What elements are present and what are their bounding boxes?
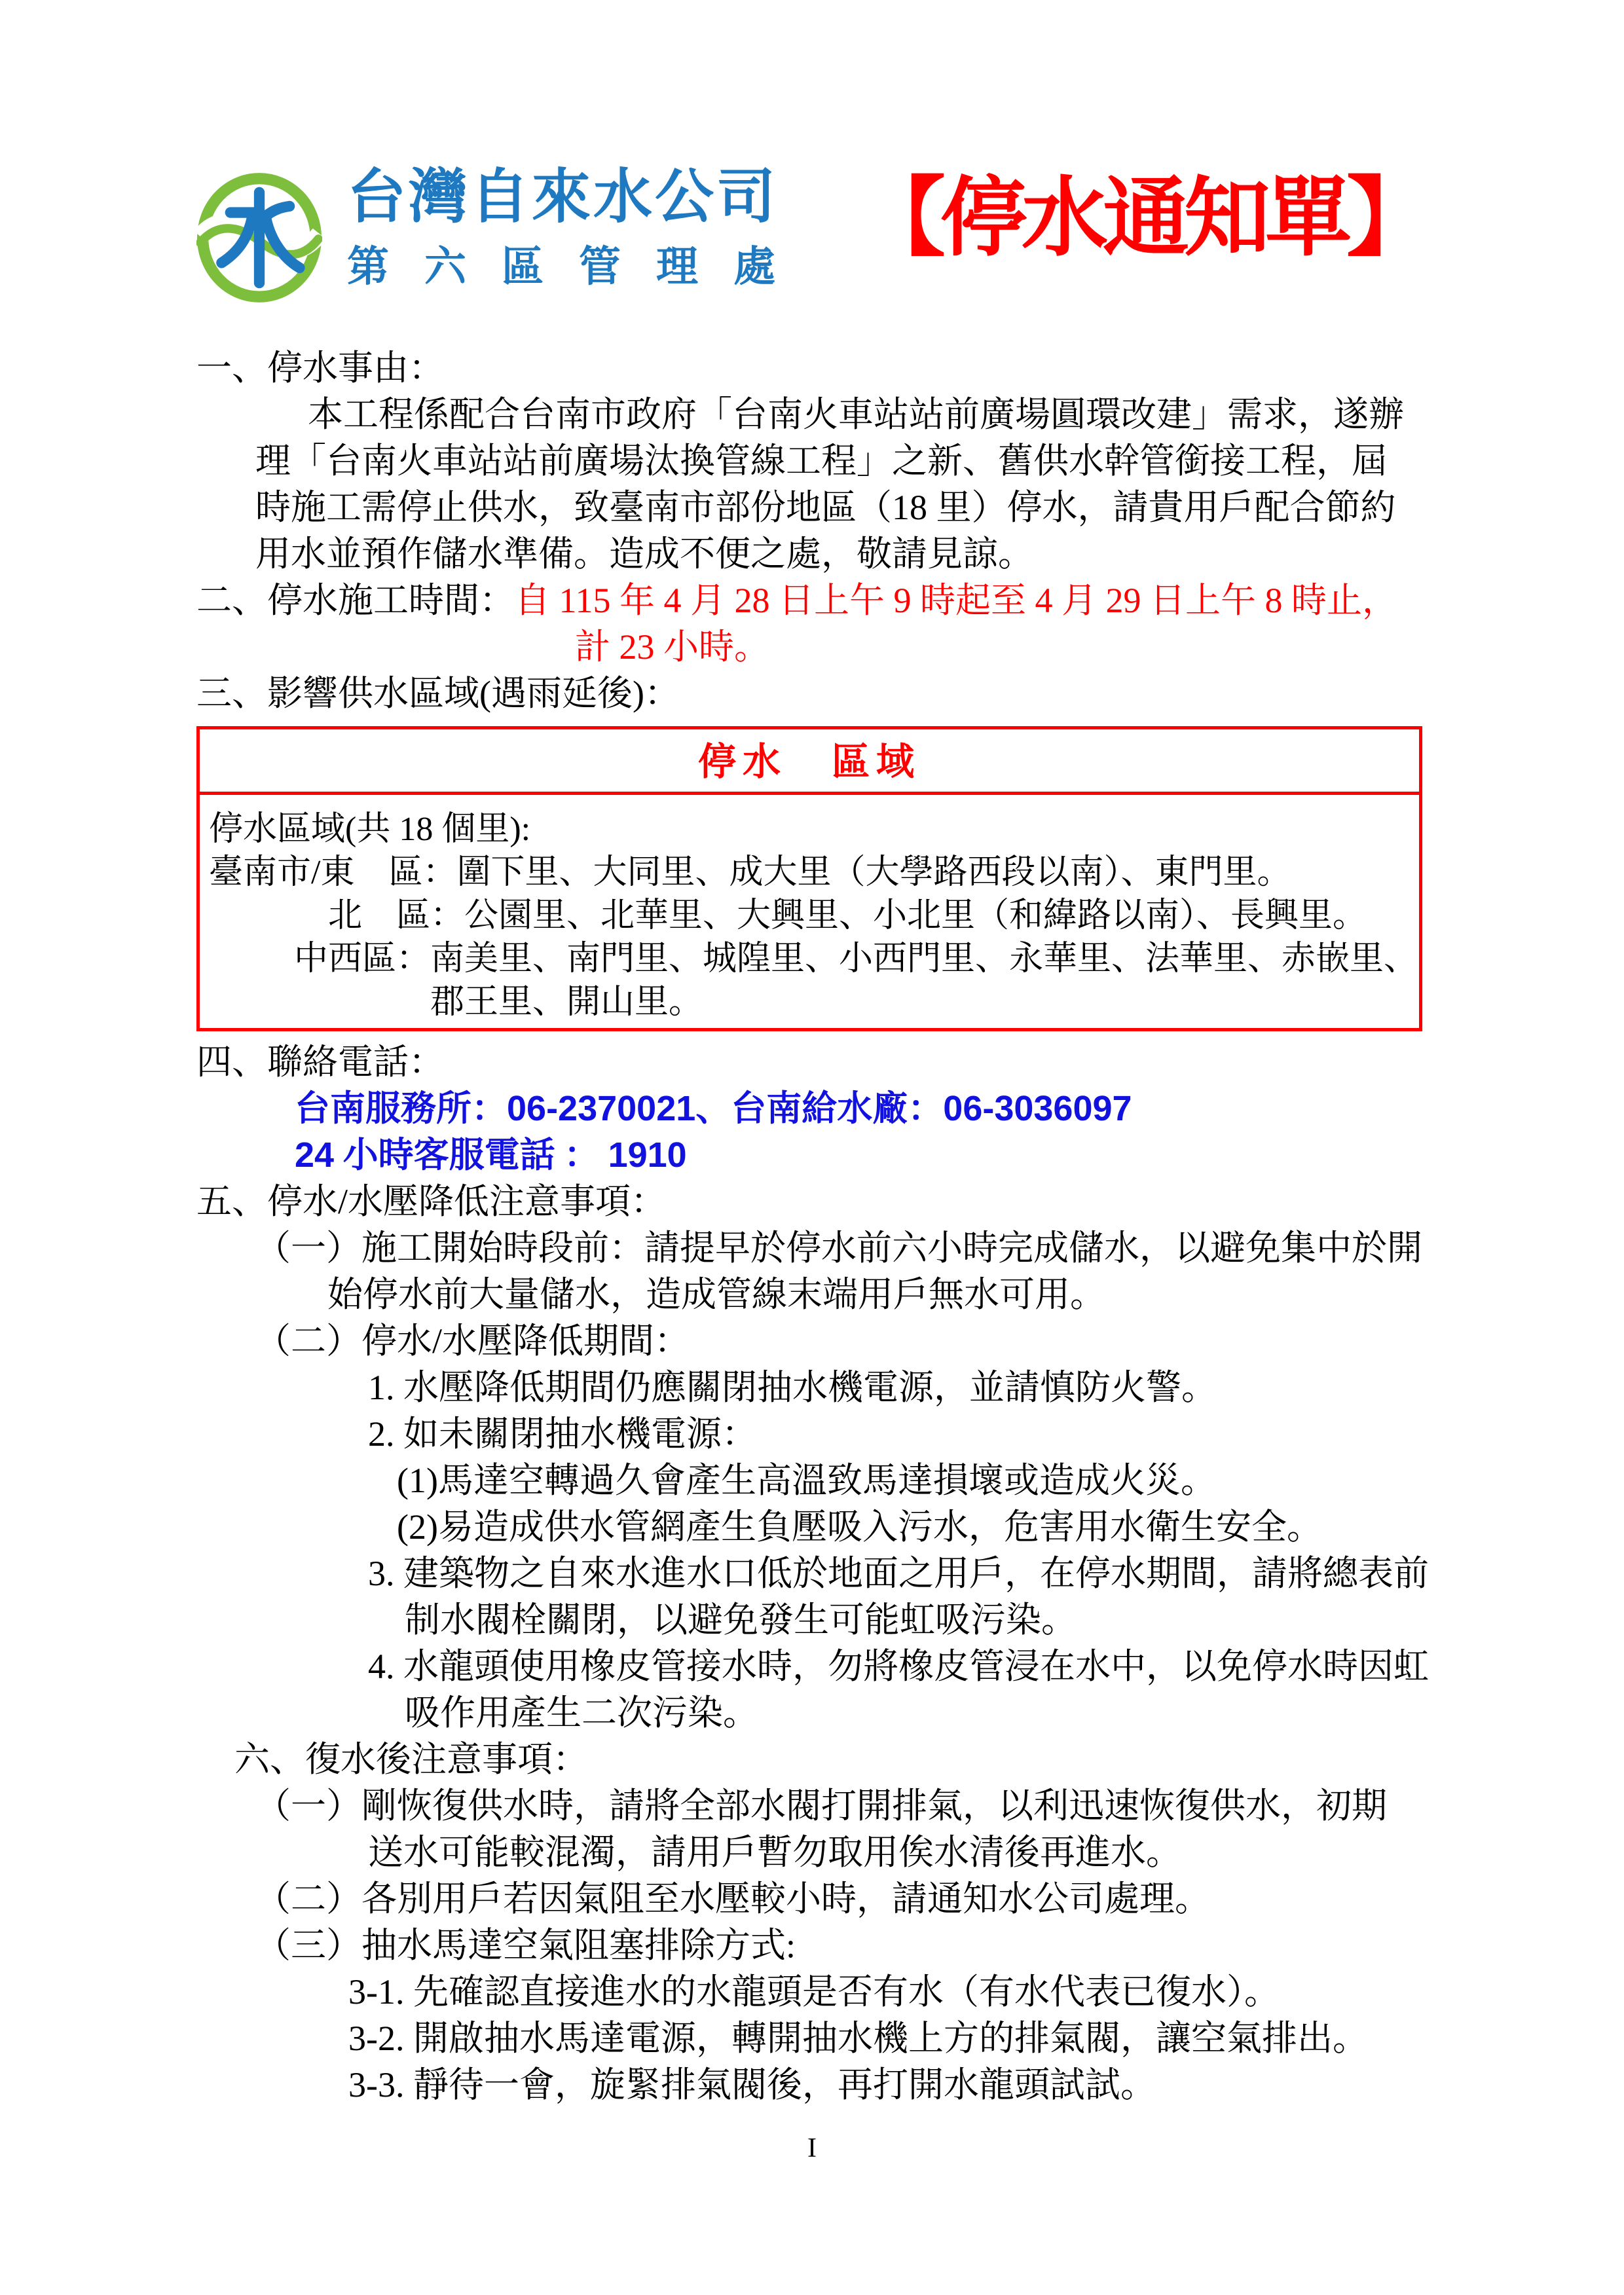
hotline-label: 小時客服電話 ：	[334, 1135, 608, 1175]
section5-note3-line: 制水閥栓關閉，以避免發生可能虹吸污染。	[405, 1597, 1428, 1643]
branch-name: 第六區管理處	[347, 246, 811, 288]
contact-line-2: 24 小時客服電話 ： 1910	[295, 1132, 1428, 1179]
hotline-phone: 1910	[608, 1135, 687, 1175]
company-name: 台灣自來水公司	[347, 167, 811, 229]
contact-line-1: 台南服務所：06-2370021、台南給水廠：06-3036097	[295, 1086, 1428, 1132]
notice-body: 一、停水事由： 本工程係配合台南市政府「台南火車站站前廣場圓環改建」需求，遂辦 …	[196, 345, 1428, 2108]
outage-table-header: 停水 區域	[200, 729, 1419, 795]
section1-paragraph-line: 時施工需停止供水，致臺南市部份地區（18 里）停水，請貴用戶配合節約	[255, 485, 1428, 531]
section1-paragraph-line: 用水並預作儲水準備。造成不便之處，敬請見諒。	[255, 531, 1428, 578]
service-office-phone: 06-2370021	[507, 1089, 695, 1128]
water-plant-phone: 06-3036097	[943, 1089, 1132, 1128]
organization-name: 台灣自來水公司 第六區管理處	[347, 167, 811, 288]
section5-item1-line: （一）施工開始時段前：請提早於停水前六小時完成儲水，以避免集中於開	[255, 1225, 1428, 1272]
section5-note4-line: 4. 水龍頭使用橡皮管接水時，勿將橡皮管浸在水中，以免停水時因虹	[368, 1643, 1428, 1690]
section4-label: 四、聯絡電話：	[196, 1039, 1428, 1086]
notice-header: 台灣自來水公司 第六區管理處 【停水通知單】	[196, 167, 1428, 303]
section6-item2: （二）各別用戶若因氣阻至水壓較小時，請通知水公司處理。	[255, 1876, 1428, 1922]
taiwan-water-logo-icon	[196, 171, 322, 303]
section1-paragraph-line: 本工程係配合台南市政府「台南火車站站前廣場圓環改建」需求，遂辦	[308, 392, 1428, 438]
section6-step-3-3: 3-3. 靜待一會，旋緊排氣閥後，再打開水龍頭試試。	[348, 2062, 1428, 2108]
outage-area-west-central-district-cont: 郡王里、開山里。	[430, 981, 1410, 1024]
outage-area-west-central-district: 中西區：南美里、南門里、城隍里、小西門里、永華里、法華里、赤嵌里、	[294, 938, 1410, 981]
outage-area-table: 停水 區域 停水區域(共 18 個里): 臺南市/東 區：圍下里、大同里、成大里…	[196, 726, 1422, 1031]
section6-label: 六、復水後注意事項：	[234, 1736, 1428, 1783]
section5-label: 五、停水/水壓降低注意事項：	[196, 1179, 1428, 1225]
section5-item1-line: 始停水前大量儲水，造成管線末端用戶無水可用。	[327, 1272, 1428, 1318]
section5-note4-line: 吸作用產生二次污染。	[405, 1690, 1428, 1736]
outage-area-north-district: 北 區：公園里、北華里、大興里、小北里（和緯路以南）、長興里。	[328, 894, 1410, 938]
outage-duration-text: 計 23 小時。	[575, 624, 1428, 670]
logo-block: 台灣自來水公司 第六區管理處	[196, 167, 811, 303]
section5-note1: 1. 水壓降低期間仍應關閉抽水機電源，並請慎防火警。	[368, 1365, 1428, 1411]
section6-step-3-2: 3-2. 開啟抽水馬達電源，轉開抽水機上方的排氣閥，讓空氣排出。	[348, 2015, 1428, 2062]
section6-step-3-1: 3-1. 先確認直接進水的水龍頭是否有水（有水代表已復水）。	[348, 1969, 1428, 2015]
section3-label: 三、影響供水區域(遇雨延後)：	[196, 670, 1428, 717]
section6-item1-line: 送水可能較混濁，請用戶暫勿取用俟水清後再進水。	[368, 1829, 1428, 1876]
outage-time-text: 自 115 年 4 月 28 日上午 9 時起至 4 月 29 日上午 8 時止…	[515, 581, 1397, 620]
section1-paragraph-line: 理「台南火車站站前廣場汰換管線工程」之新、舊供水幹管銜接工程，屆	[255, 438, 1428, 485]
section5-note2-sub2: (2)易造成供水管網產生負壓吸入污水，危害用水衛生安全。	[397, 1504, 1428, 1551]
section2-label: 二、停水施工時間：	[196, 581, 515, 620]
water-outage-notice-page: 台灣自來水公司 第六區管理處 【停水通知單】 一、停水事由： 本工程係配合台南市…	[0, 0, 1624, 2295]
service-office-label: 台南服務所：	[295, 1089, 507, 1128]
section5-note3-line: 3. 建築物之自來水進水口低於地面之用戶，在停水期間，請將總表前	[368, 1551, 1428, 1597]
section1-label: 一、停水事由：	[196, 345, 1428, 392]
water-plant-label: 、台南給水廠：	[695, 1089, 943, 1128]
outage-area-east-district: 臺南市/東 區：圍下里、大同里、成大里（大學路西段以南）、東門里。	[209, 851, 1410, 894]
outage-table-body: 停水區域(共 18 個里): 臺南市/東 區：圍下里、大同里、成大里（大學路西段…	[200, 795, 1419, 1028]
page-number: I	[0, 2133, 1624, 2164]
hotline-24-number: 24	[295, 1135, 334, 1175]
section2-time-line: 二、停水施工時間：自 115 年 4 月 28 日上午 9 時起至 4 月 29…	[196, 578, 1428, 624]
section5-item2-label: （二）停水/水壓降低期間：	[255, 1318, 1428, 1365]
section6-item3-label: （三）抽水馬達空氣阻塞排除方式:	[255, 1922, 1428, 1969]
document-title: 【停水通知單】	[859, 171, 1428, 266]
outage-area-summary: 停水區域(共 18 個里):	[209, 808, 1410, 851]
section5-note2-sub1: (1)馬達空轉過久會產生高溫致馬達損壞或造成火災。	[397, 1458, 1428, 1504]
section6-item1-line: （一）剛恢復供水時，請將全部水閥打開排氣，以利迅速恢復供水，初期	[255, 1783, 1428, 1829]
section5-note2: 2. 如未關閉抽水機電源：	[368, 1411, 1428, 1458]
